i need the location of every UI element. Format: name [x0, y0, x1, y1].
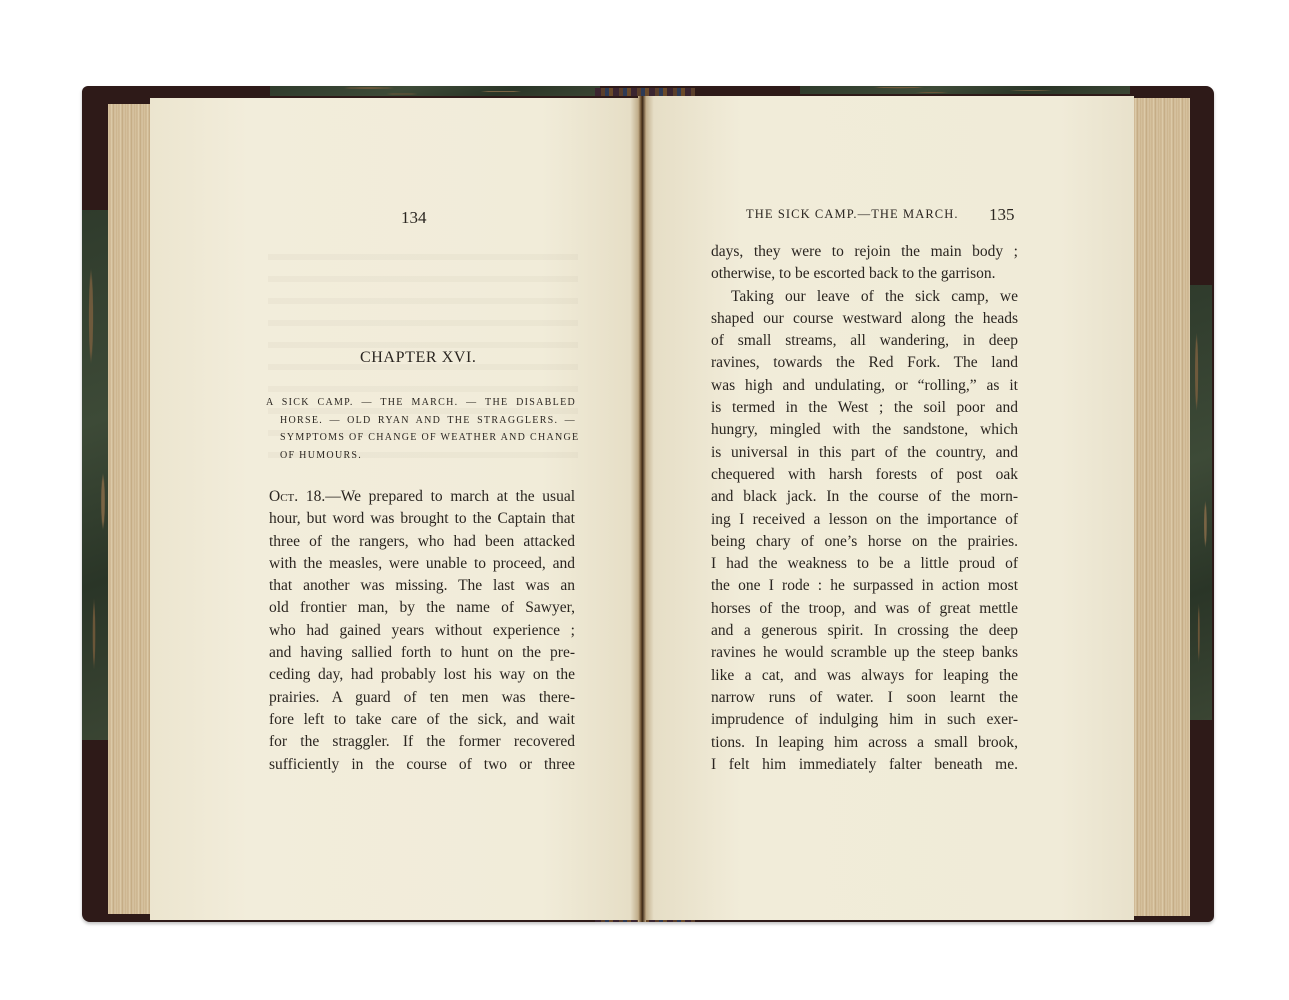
text-line: narrow runs of water. I soon learnt the: [711, 687, 1018, 709]
text-line: Oct. 18.—We prepared to march at the usu…: [269, 486, 575, 508]
synopsis-line: HORSE. — OLD RYAN AND THE STRAGGLERS. —: [266, 412, 576, 430]
text-line: for the straggler. If the former recover…: [269, 731, 575, 753]
page-block-edge-left: [108, 104, 154, 914]
marbled-board-top-left: [270, 86, 600, 96]
text-line: otherwise, to be escorted back to the ga…: [711, 263, 1018, 285]
marbled-board-right: [1190, 285, 1212, 720]
text-line: I had the weakness to be a little proud …: [711, 553, 1018, 575]
text-line: horses of the troop, and was of great me…: [711, 598, 1018, 620]
text-line: is termed in the West ; the soil poor an…: [711, 397, 1018, 419]
text-line: days, they were to rejoin the main body …: [711, 241, 1018, 263]
text-line: hour, but word was brought to the Captai…: [269, 508, 575, 530]
text-line: chequered with harsh forests of post oak: [711, 464, 1018, 486]
running-head: THE SICK CAMP.—THE MARCH.: [746, 207, 959, 222]
text-line: tions. In leaping him across a small bro…: [711, 732, 1018, 754]
text-line: who had gained years without experience …: [269, 620, 575, 642]
synopsis-line: OF HUMOURS.: [266, 447, 576, 465]
text-line: ravines he would scramble up the steep b…: [711, 642, 1018, 664]
marbled-board-top-right: [800, 86, 1130, 94]
spine-headband: [595, 88, 695, 96]
chapter-synopsis: A SICK CAMP. — THE MARCH. — THE DISABLED…: [266, 394, 576, 464]
text-line: and black jack. In the course of the mor…: [711, 486, 1018, 508]
text-line: shaped our course westward along the hea…: [711, 308, 1018, 330]
text-line: ravines, towards the Red Fork. The land: [711, 352, 1018, 374]
book-gutter: [638, 96, 646, 922]
text-line: ceding day, had probably lost his way on…: [269, 664, 575, 686]
right-page-body: days, they were to rejoin the main body …: [711, 241, 1018, 776]
text-line: fore left to take care of the sick, and …: [269, 709, 575, 731]
date-lead: Oct. 18.: [269, 488, 325, 505]
text-line: three of the rangers, who had been attac…: [269, 531, 575, 553]
text-line: hungry, mingled with the sandstone, whic…: [711, 419, 1018, 441]
text-line: Taking our leave of the sick camp, we: [711, 286, 1018, 308]
text-line: ing I received a lesson on the importanc…: [711, 509, 1018, 531]
text-line: imprudence of indulging him in such exer…: [711, 709, 1018, 731]
synopsis-line: A SICK CAMP. — THE MARCH. — THE DISABLED: [266, 394, 576, 412]
text-line: prairies. A guard of ten men was there-: [269, 687, 575, 709]
page-number-left: 134: [401, 208, 427, 228]
text-fragment: —We prepared to march at the usual: [325, 488, 575, 505]
text-line: of small streams, all wandering, in deep: [711, 330, 1018, 352]
text-line: old frontier man, by the name of Sawyer,: [269, 597, 575, 619]
text-line: was high and undulating, or “rolling,” a…: [711, 375, 1018, 397]
left-page-body: Oct. 18.—We prepared to march at the usu…: [269, 486, 575, 776]
text-line: I felt him immediately falter beneath me…: [711, 754, 1018, 776]
page-block-edge-right: [1132, 98, 1190, 916]
text-line: and having sallied forth to hunt on the …: [269, 642, 575, 664]
text-line: is universal in this part of the country…: [711, 442, 1018, 464]
text-line: with the measles, were unable to proceed…: [269, 553, 575, 575]
text-line: the one I rode : he surpassed in action …: [711, 575, 1018, 597]
synopsis-line: SYMPTOMS OF CHANGE OF WEATHER AND CHANGE: [266, 429, 576, 447]
text-line: that another was missing. The last was a…: [269, 575, 575, 597]
page-number-right: 135: [989, 205, 1015, 225]
text-line: sufficiently in the course of two or thr…: [269, 754, 575, 776]
text-line: and a generous spirit. In crossing the d…: [711, 620, 1018, 642]
chapter-title: CHAPTER XVI.: [360, 349, 477, 367]
text-line: being chary of one’s horse on the prairi…: [711, 531, 1018, 553]
text-line: like a cat, and was always for leaping t…: [711, 665, 1018, 687]
